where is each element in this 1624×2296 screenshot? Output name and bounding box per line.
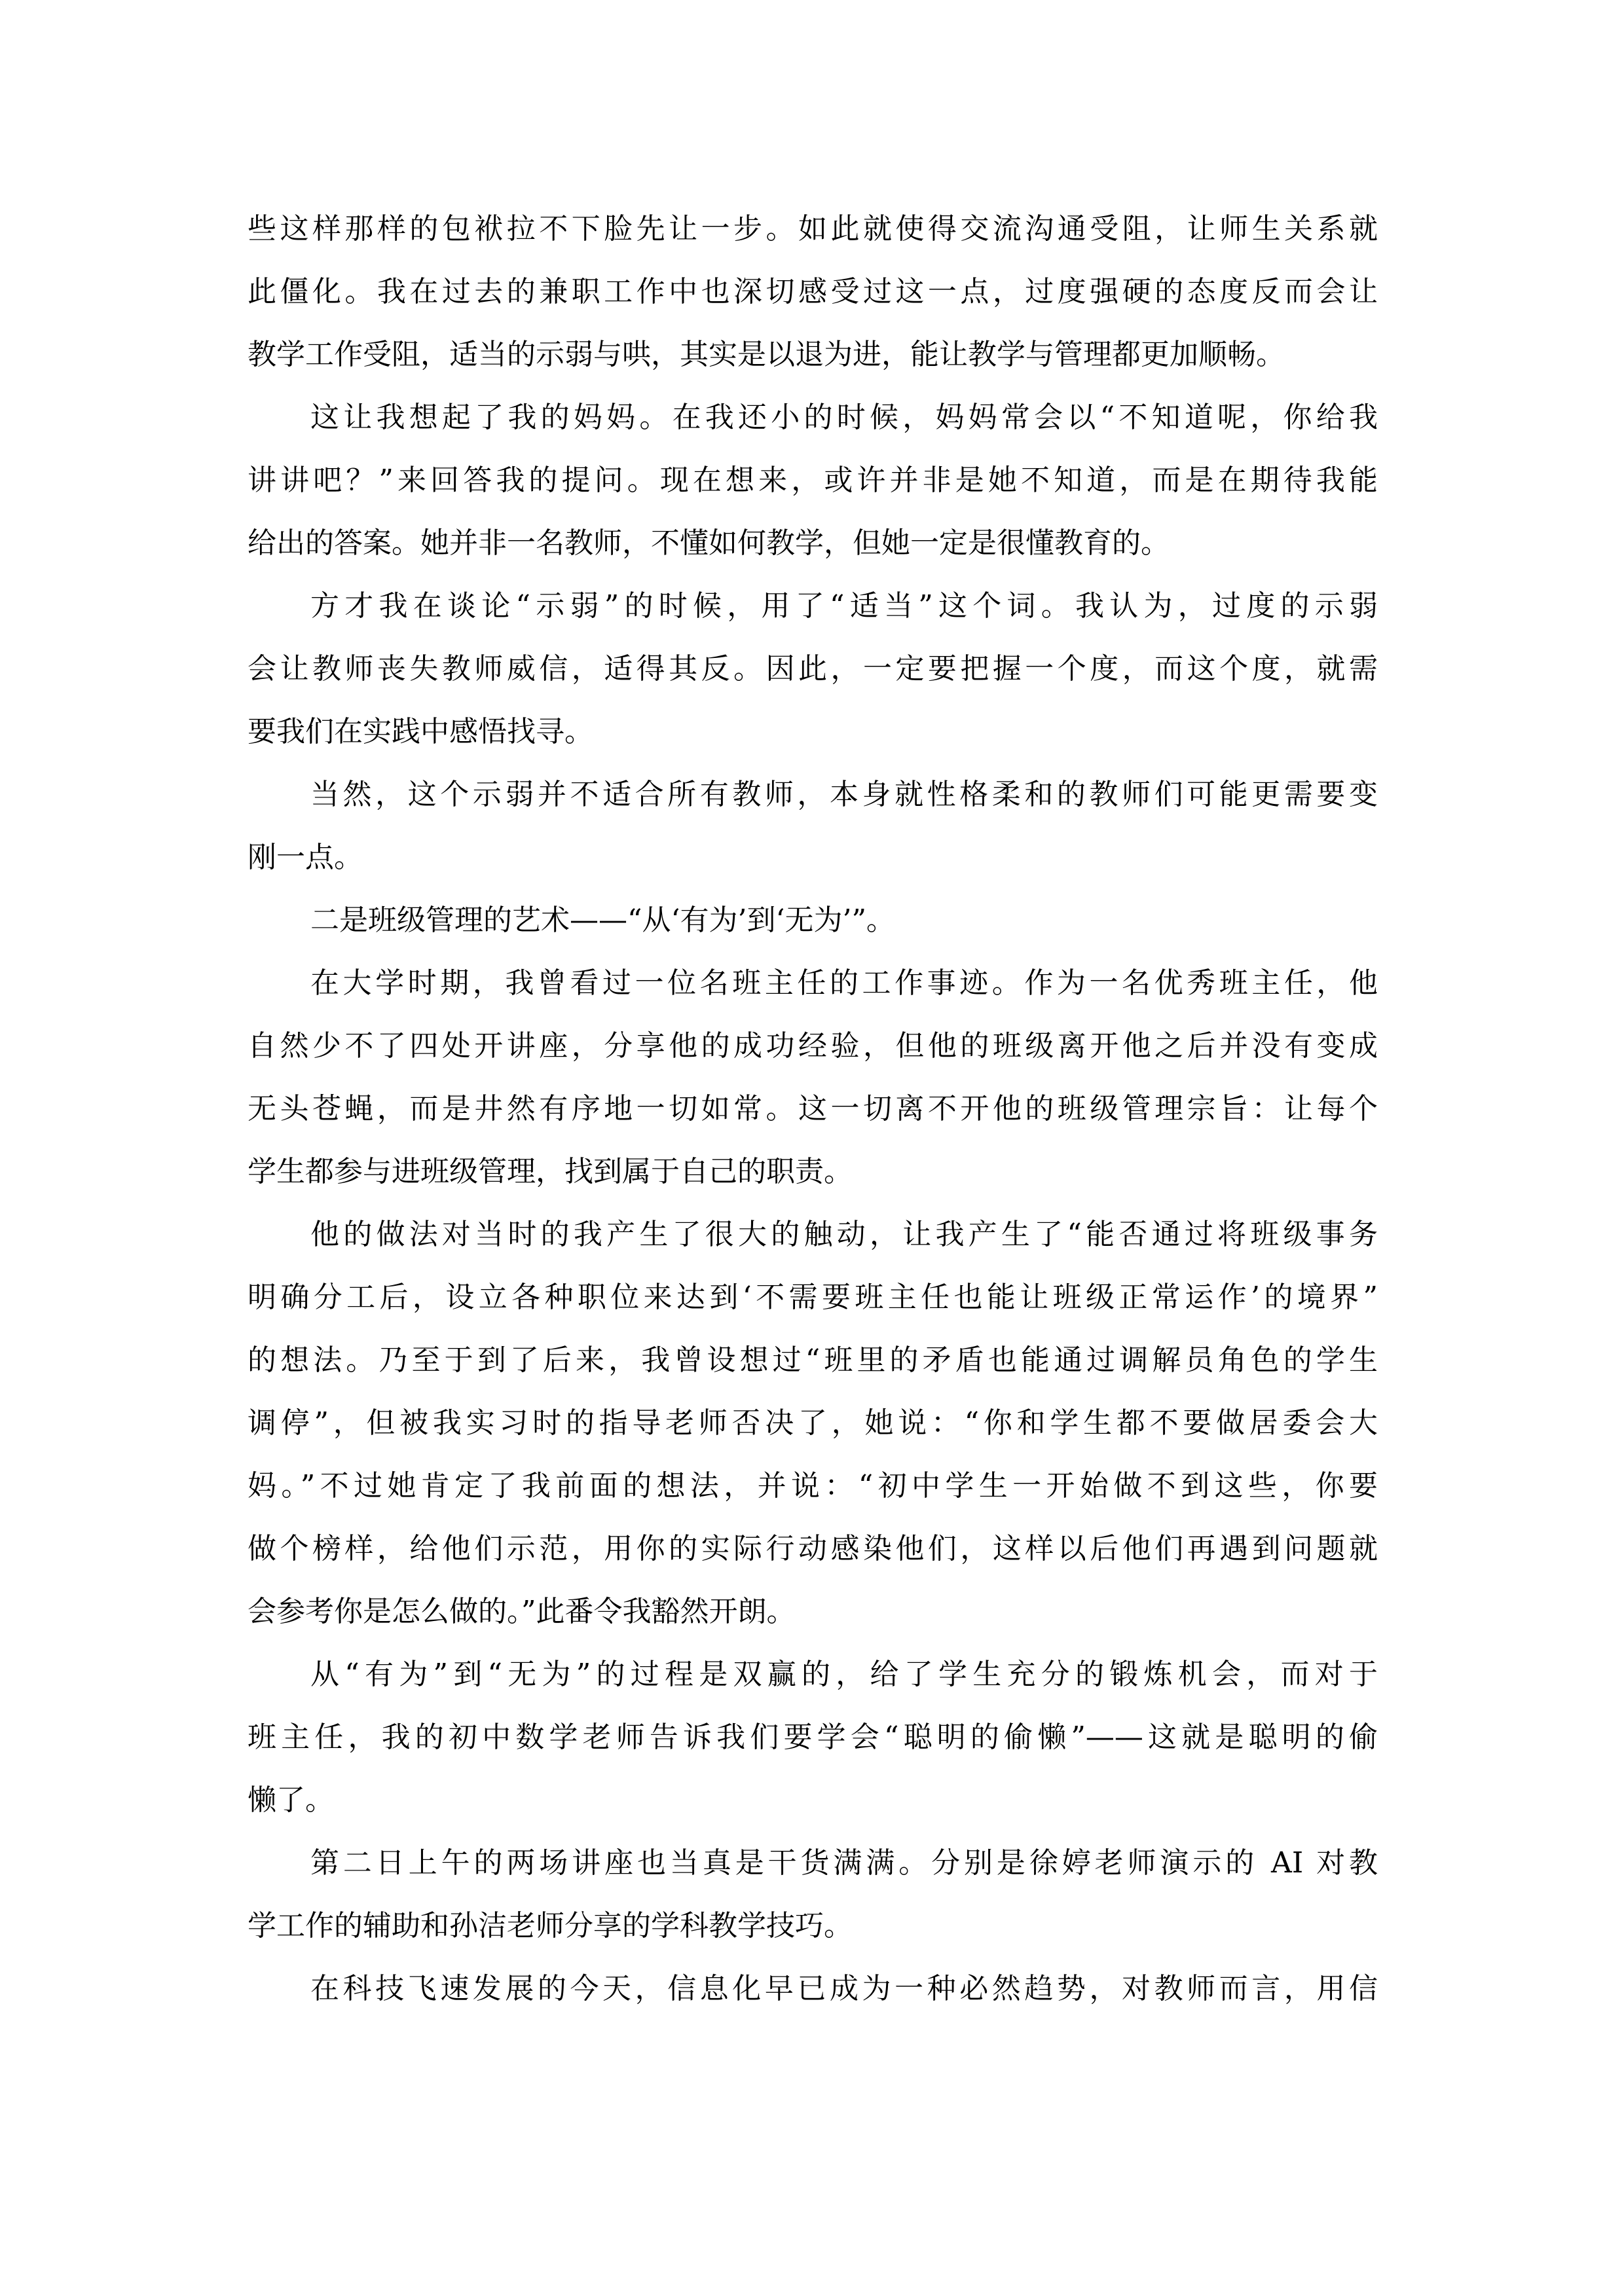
paragraph: 在科技飞速发展的今天，信息化早已成为一种必然趋势，对教师而言，用信 [248,1958,1378,2020]
text-line: 会参考你是怎么做的。”此番令我豁然开朗。 [248,1580,1378,1643]
paragraph: 当然，这个示弱并不适合所有教师，本身就性格柔和的教师们可能更需要变 刚一点。 [248,763,1378,889]
text-line: 讲讲吧？”来回答我的提问。现在想来，或许并非是她不知道，而是在期待我能 [248,449,1378,512]
text-line: 在科技飞速发展的今天，信息化早已成为一种必然趋势，对教师而言，用信 [248,1958,1378,2020]
text-line: 自然少不了四处开讲座，分享他的成功经验，但他的班级离开他之后并没有变成 [248,1015,1378,1078]
text-line: 学工作的辅助和孙洁老师分享的学科教学技巧。 [248,1895,1378,1958]
text-line: 要我们在实践中感悟找寻。 [248,701,1378,763]
paragraph: 他的做法对当时的我产生了很大的触动，让我产生了“能否通过将班级事务 明确分工后，… [248,1203,1378,1643]
paragraph: 第二日上午的两场讲座也当真是干货满满。分别是徐婷老师演示的 AI 对教 学工作的… [248,1832,1378,1958]
text-line: 在大学时期，我曾看过一位名班主任的工作事迹。作为一名优秀班主任，他 [248,952,1378,1015]
text-line: 二是班级管理的艺术——“从‘有为’到‘无为’”。 [248,889,1378,952]
paragraph: 这让我想起了我的妈妈。在我还小的时候，妈妈常会以“不知道呢，你给我 讲讲吧？”来… [248,386,1378,575]
text-line: 无头苍蝇，而是井然有序地一切如常。这一切离不开他的班级管理宗旨：让每个 [248,1078,1378,1140]
text-line: 妈。”不过她肯定了我前面的想法，并说：“初中学生一开始做不到这些，你要 [248,1455,1378,1518]
text-line: 会让教师丧失教师威信，适得其反。因此，一定要把握一个度，而这个度，就需 [248,638,1378,701]
text-line: 班主任，我的初中数学老师告诉我们要学会“聪明的偷懒”——这就是聪明的偷 [248,1706,1378,1769]
section-heading: 二是班级管理的艺术——“从‘有为’到‘无为’”。 [248,889,1378,952]
text-line: 给出的答案。她并非一名教师，不懂如何教学，但她一定是很懂教育的。 [248,512,1378,575]
document-page: 些这样那样的包袱拉不下脸先让一步。如此就使得交流沟通受阻，让师生关系就 此僵化。… [0,0,1624,2296]
paragraph: 从“有为”到“无为”的过程是双赢的，给了学生充分的锻炼机会，而对于 班主任，我的… [248,1643,1378,1832]
text-line: 的想法。乃至于到了后来，我曾设想过“班里的矛盾也能通过调解员角色的学生 [248,1329,1378,1392]
text-line: 些这样那样的包袱拉不下脸先让一步。如此就使得交流沟通受阻，让师生关系就 [248,198,1378,261]
text-line: 此僵化。我在过去的兼职工作中也深切感受过这一点，过度强硬的态度反而会让 [248,261,1378,323]
paragraph: 在大学时期，我曾看过一位名班主任的工作事迹。作为一名优秀班主任，他 自然少不了四… [248,952,1378,1203]
text-line: 当然，这个示弱并不适合所有教师，本身就性格柔和的教师们可能更需要变 [248,763,1378,826]
text-line: 做个榜样，给他们示范，用你的实际行动感染他们，这样以后他们再遇到问题就 [248,1518,1378,1580]
text-line: 学生都参与进班级管理，找到属于自己的职责。 [248,1140,1378,1203]
text-line: 刚一点。 [248,826,1378,889]
text-line: 第二日上午的两场讲座也当真是干货满满。分别是徐婷老师演示的 AI 对教 [248,1832,1378,1895]
paragraph: 些这样那样的包袱拉不下脸先让一步。如此就使得交流沟通受阻，让师生关系就 此僵化。… [248,198,1378,386]
text-line: 他的做法对当时的我产生了很大的触动，让我产生了“能否通过将班级事务 [248,1203,1378,1266]
text-line: 明确分工后，设立各种职位来达到‘不需要班主任也能让班级正常运作’的境界” [248,1266,1378,1329]
text-line: 调停”，但被我实习时的指导老师否决了，她说：“你和学生都不要做居委会大 [248,1392,1378,1455]
text-line: 这让我想起了我的妈妈。在我还小的时候，妈妈常会以“不知道呢，你给我 [248,386,1378,449]
paragraph: 方才我在谈论“示弱”的时候，用了“适当”这个词。我认为，过度的示弱 会让教师丧失… [248,575,1378,763]
text-line: 教学工作受阻，适当的示弱与哄，其实是以退为进，能让教学与管理都更加顺畅。 [248,323,1378,386]
document-body: 些这样那样的包袱拉不下脸先让一步。如此就使得交流沟通受阻，让师生关系就 此僵化。… [248,198,1378,2020]
text-line: 从“有为”到“无为”的过程是双赢的，给了学生充分的锻炼机会，而对于 [248,1643,1378,1706]
text-line: 懒了。 [248,1769,1378,1832]
text-line: 方才我在谈论“示弱”的时候，用了“适当”这个词。我认为，过度的示弱 [248,575,1378,638]
